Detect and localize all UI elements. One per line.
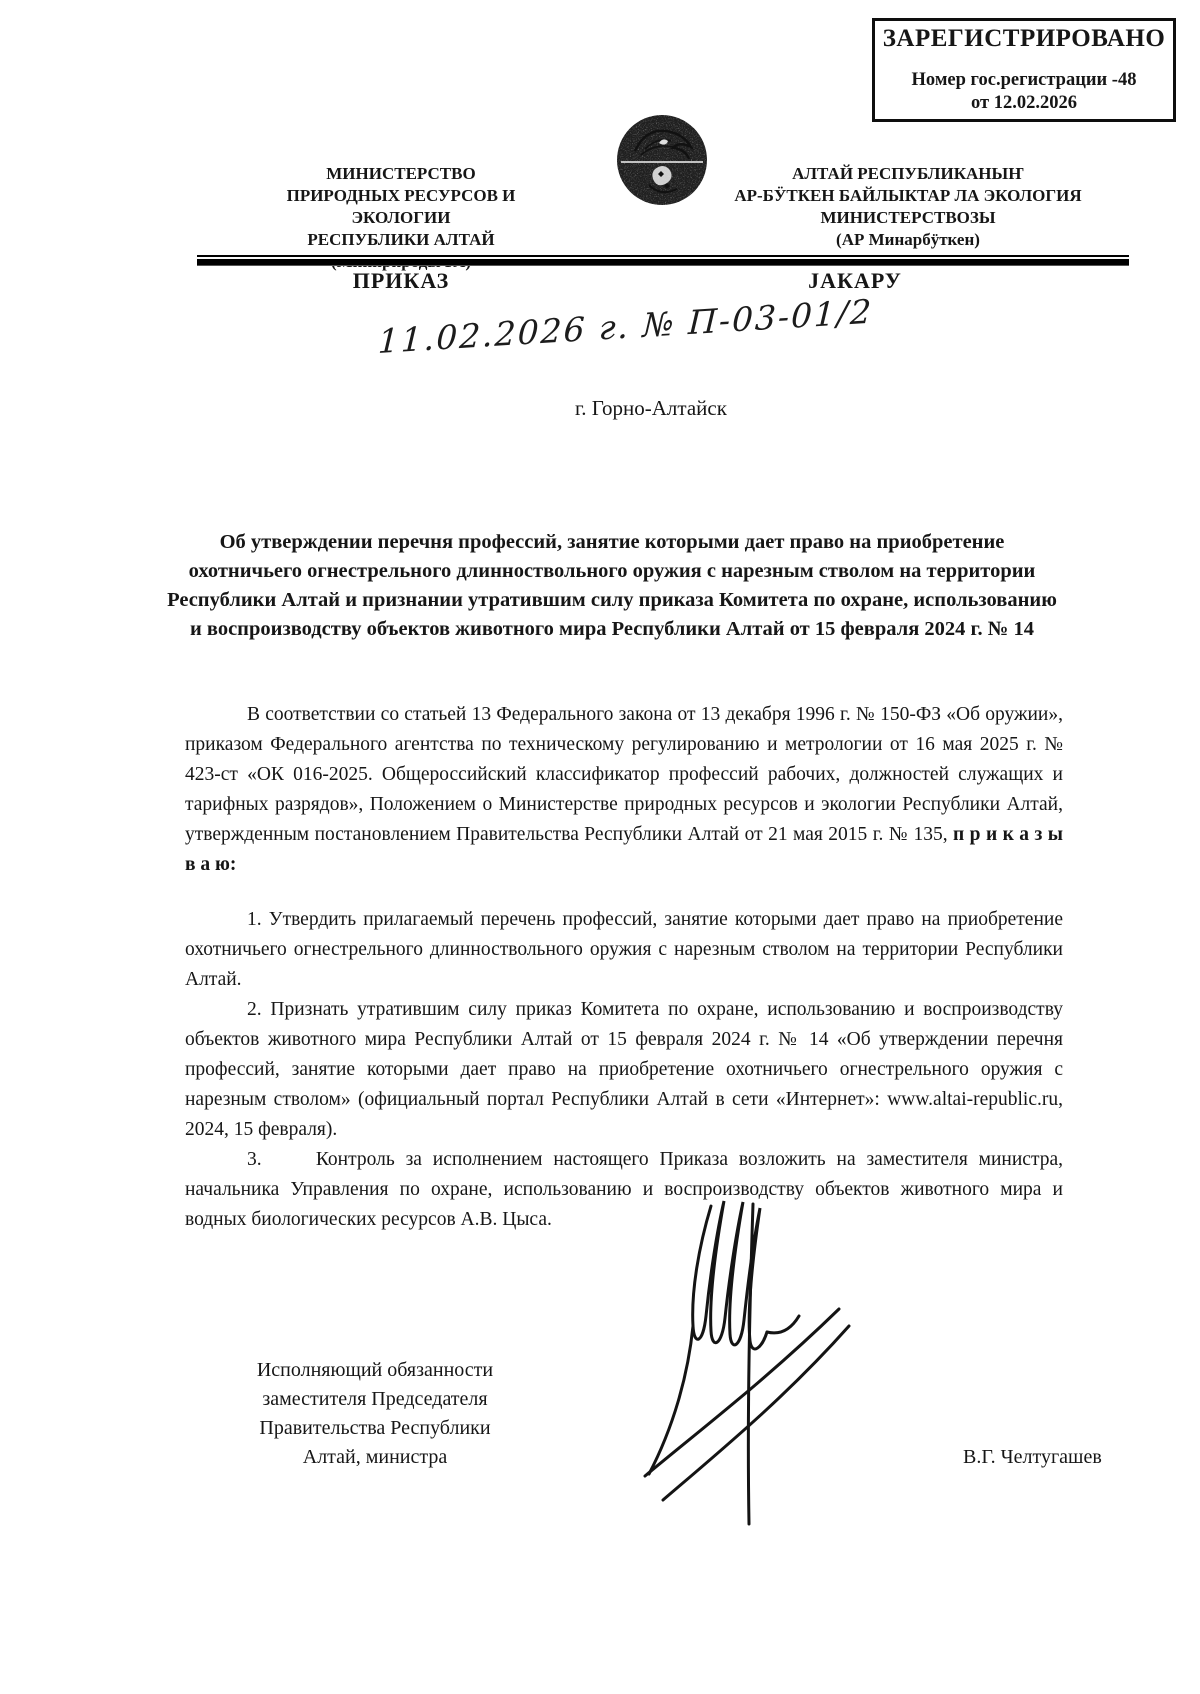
- org-line: МИНИСТЕРСТВО: [243, 163, 559, 185]
- org-line: МИНИСТЕРСТВОЗЫ: [726, 207, 1090, 229]
- org-line: ПРИРОДНЫХ РЕСУРСОВ И ЭКОЛОГИИ: [243, 185, 559, 229]
- document-page: ЗАРЕГИСТРИРОВАНО Номер гос.регистрации -…: [0, 0, 1200, 1694]
- org-line: РЕСПУБЛИКИ АЛТАЙ: [243, 229, 559, 251]
- intro-paragraph: В соответствии со статьей 13 Федеральног…: [185, 700, 1063, 880]
- order-item-1: 1. Утвердить прилагаемый перечень профес…: [185, 905, 1063, 995]
- document-body: В соответствии со статьей 13 Федеральног…: [185, 700, 1063, 1235]
- coat-of-arms-icon: [615, 113, 709, 207]
- doc-type-altai: ЈАКАРУ: [730, 268, 980, 294]
- order-item-3: 3. Контроль за исполнением настоящего Пр…: [185, 1145, 1063, 1235]
- org-line: (АР Минарбӱткен): [726, 229, 1090, 251]
- org-line: АР-БӰТКЕН БАЙЛЫКТАР ЛА ЭКОЛОГИЯ: [726, 185, 1090, 207]
- signer-position: Исполняющий обязанности заместителя Пред…: [205, 1356, 545, 1472]
- handwritten-date-number: 11.02.2026 г. № П-03-01/2: [377, 296, 808, 361]
- document-place: г. Горно-Алтайск: [575, 396, 727, 421]
- registration-stamp: ЗАРЕГИСТРИРОВАНО Номер гос.регистрации -…: [872, 18, 1176, 122]
- signer-position-line: Алтай, министра: [205, 1443, 545, 1472]
- stamp-reg-date: от 12.02.2026: [912, 92, 1137, 115]
- doc-type-russian: ПРИКАЗ: [243, 268, 559, 294]
- org-line: АЛТАЙ РЕСПУБЛИКАНЫҤ: [726, 163, 1090, 185]
- signer-position-line: Правительства Республики: [205, 1414, 545, 1443]
- stamp-registration-info: Номер гос.регистрации -48 от 12.02.2026: [912, 69, 1137, 115]
- header-divider: [197, 255, 1129, 266]
- signer-position-line: Исполняющий обязанности: [205, 1356, 545, 1385]
- ministry-name-altai: АЛТАЙ РЕСПУБЛИКАНЫҤ АР-БӰТКЕН БАЙЛЫКТАР …: [726, 163, 1090, 251]
- signature-autograph: [633, 1176, 863, 1533]
- stamp-title: ЗАРЕГИСТРИРОВАНО: [883, 25, 1166, 53]
- intro-text: В соответствии со статьей 13 Федеральног…: [185, 704, 1063, 845]
- stamp-reg-number: Номер гос.регистрации -48: [912, 69, 1137, 92]
- signer-position-line: заместителя Председателя: [205, 1385, 545, 1414]
- document-title: Об утверждении перечня профессий, заняти…: [162, 528, 1062, 644]
- order-item-2: 2. Признать утратившим силу приказ Комит…: [185, 995, 1063, 1145]
- signer-name: В.Г. Челтугашев: [963, 1446, 1102, 1469]
